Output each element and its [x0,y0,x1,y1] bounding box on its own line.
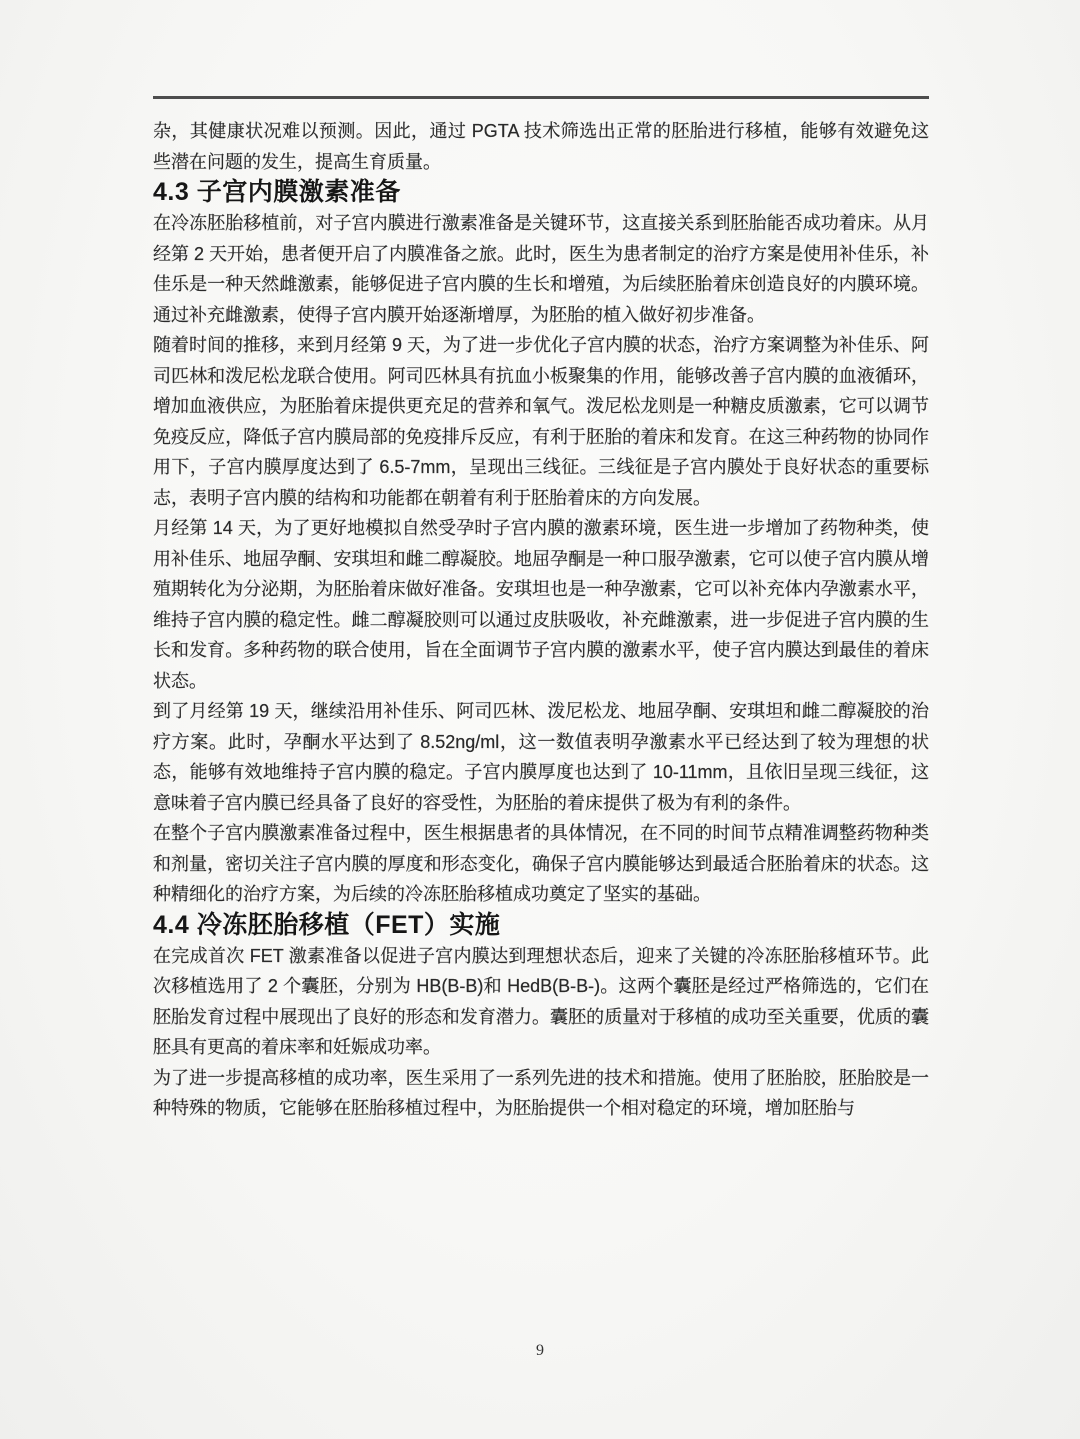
section-heading-4-3: 4.3 子宫内膜激素准备 [153,177,929,208]
paragraph: 为了进一步提高移植的成功率，医生采用了一系列先进的技术和措施。使用了胚胎胶，胚胎… [153,1063,929,1124]
paragraph: 随着时间的推移，来到月经第 9 天，为了进一步优化子宫内膜的状态，治疗方案调整为… [153,330,929,513]
continuation-paragraph: 杂，其健康状况难以预测。因此，通过 PGTA 技术筛选出正常的胚胎进行移植，能够… [153,116,929,177]
paragraph: 在冷冻胚胎移植前，对子宫内膜进行激素准备是关键环节，这直接关系到胚胎能否成功着床… [153,208,929,330]
page-content: 杂，其健康状况难以预测。因此，通过 PGTA 技术筛选出正常的胚胎进行移植，能够… [153,0,929,1124]
page-number: 9 [0,1342,1080,1360]
paragraph: 月经第 14 天，为了更好地模拟自然受孕时子宫内膜的激素环境，医生进一步增加了药… [153,513,929,696]
paragraph: 在整个子宫内膜激素准备过程中，医生根据患者的具体情况，在不同的时间节点精准调整药… [153,818,929,910]
document-page: 杂，其健康状况难以预测。因此，通过 PGTA 技术筛选出正常的胚胎进行移植，能够… [0,0,1080,1439]
paragraph: 到了月经第 19 天，继续沿用补佳乐、阿司匹林、泼尼松龙、地屈孕酮、安琪坦和雌二… [153,696,929,818]
header-rule [153,96,929,99]
section-heading-4-4: 4.4 冷冻胚胎移植（FET）实施 [153,910,929,941]
paragraph: 在完成首次 FET 激素准备以促进子宫内膜达到理想状态后，迎来了关键的冷冻胚胎移… [153,941,929,1063]
